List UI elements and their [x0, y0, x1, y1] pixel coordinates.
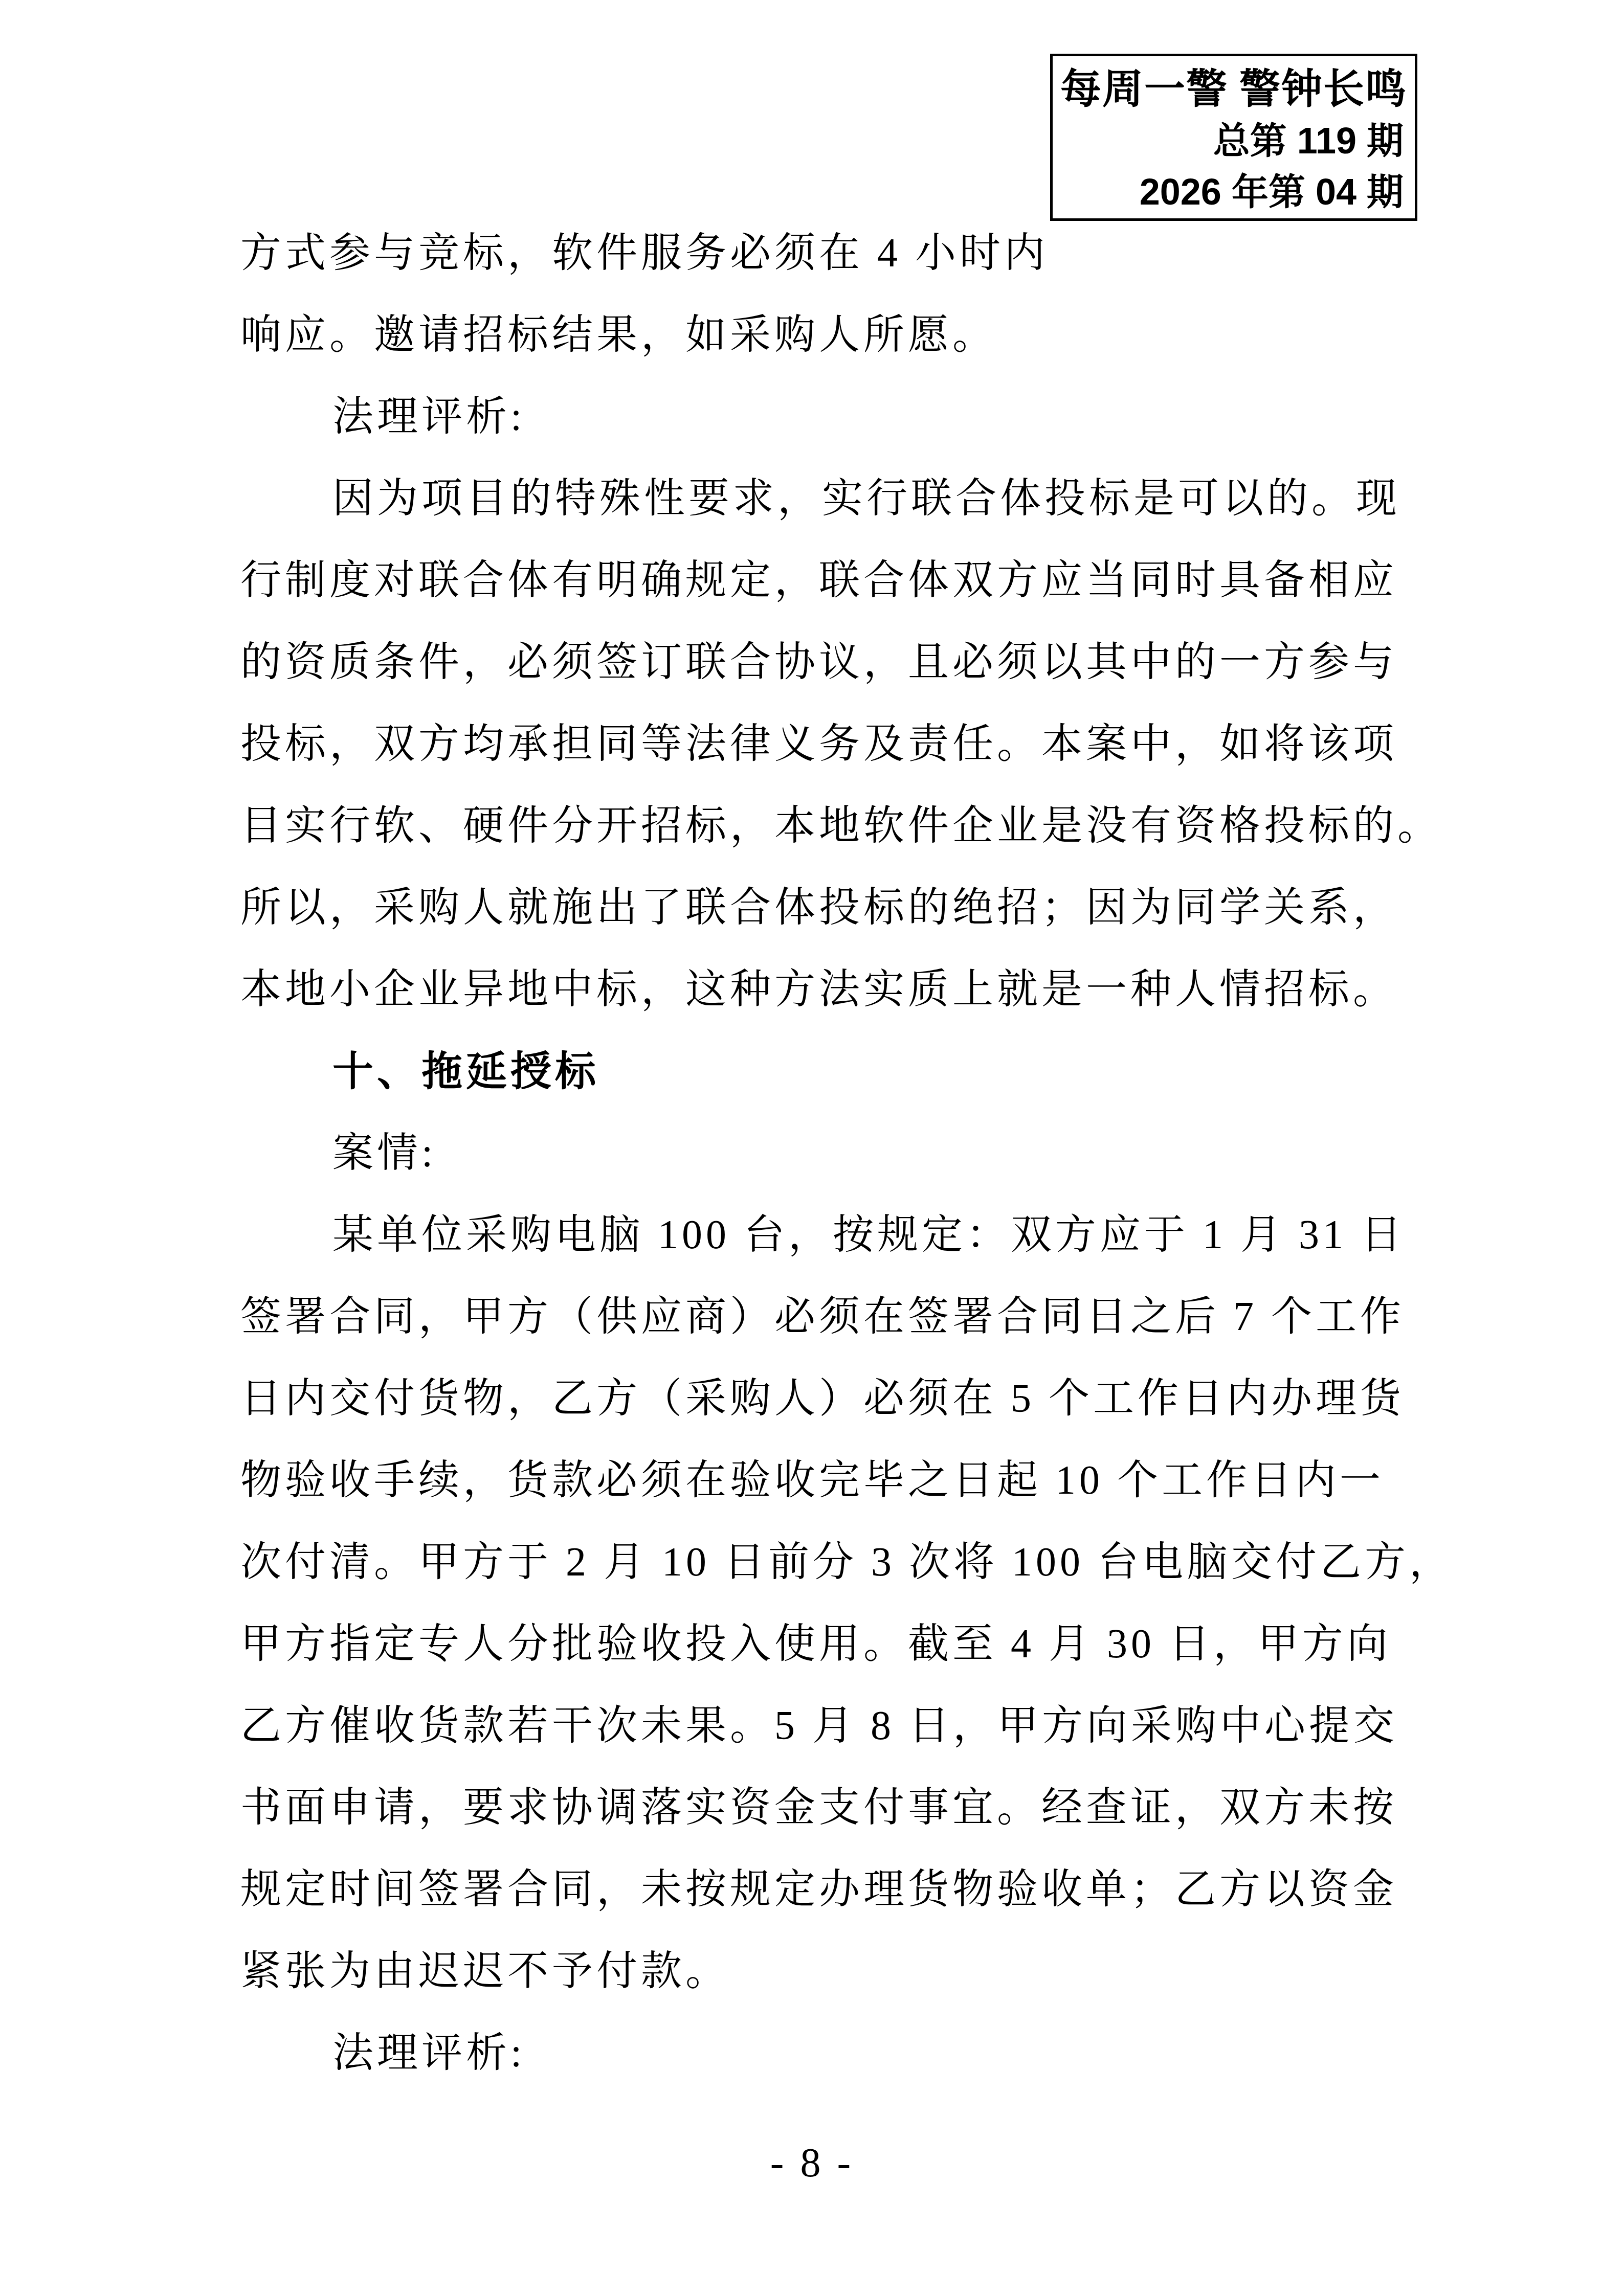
body-line: 书面申请，要求协调落实资金支付事宜。经查证，双方未按	[240, 1767, 1396, 1849]
body-line: 乙方催收货款若干次未果。5 月 8 日，甲方向采购中心提交	[240, 1685, 1396, 1767]
document-page: 每周一警 警钟长鸣 总第 119 期 2026 年第 04 期 方式参与竞标，软…	[0, 0, 1624, 2296]
body-line: 规定时间签署合同，未按规定办理货物验收单；乙方以资金	[240, 1849, 1396, 1930]
body-line: 物验收手续，货款必须在验收完毕之日起 10 个工作日内一	[240, 1439, 1396, 1521]
body-line: 次付清。甲方于 2 月 10 日前分 3 次将 100 台电脑交付乙方，	[240, 1521, 1396, 1603]
page-number: - 8 -	[0, 2135, 1624, 2191]
body-line: 紧张为由迟迟不予付款。	[240, 1930, 1396, 2012]
body-line: 所以，采购人就施出了联合体投标的绝招；因为同学关系，	[240, 867, 1396, 949]
section-heading-line: 十、拖延授标	[240, 1030, 1396, 1112]
issue-year: 2026 年第 04 期	[1053, 167, 1415, 218]
body-line: 日内交付货物，乙方（采购人）必须在 5 个工作日内办理货	[240, 1358, 1396, 1439]
body-line: 因为项目的特殊性要求，实行联合体投标是可以的。现	[240, 458, 1396, 539]
body-line: 行制度对联合体有明确规定，联合体双方应当同时具备相应	[240, 539, 1396, 621]
body-line: 法理评析:	[240, 2012, 1396, 2094]
body-line: 投标，双方均承担同等法律义务及责任。本案中，如将该项	[240, 703, 1396, 785]
issue-number: 总第 119 期	[1053, 116, 1415, 167]
issue-header-box: 每周一警 警钟长鸣 总第 119 期 2026 年第 04 期	[1050, 54, 1417, 221]
body-line: 甲方指定专人分批验收投入使用。截至 4 月 30 日，甲方向	[240, 1603, 1396, 1685]
body-line: 案情:	[240, 1112, 1396, 1194]
body-line: 响应。邀请招标结果，如采购人所愿。	[240, 294, 1396, 376]
body-line: 某单位采购电脑 100 台，按规定：双方应于 1 月 31 日	[240, 1194, 1396, 1276]
body-line: 目实行软、硬件分开招标，本地软件企业是没有资格投标的。	[240, 785, 1396, 867]
body-line: 本地小企业异地中标，这种方法实质上就是一种人情招标。	[240, 949, 1396, 1030]
body-line: 法理评析:	[240, 376, 1396, 458]
newsletter-title: 每周一警 警钟长鸣	[1053, 63, 1415, 116]
document-body: 方式参与竞标，软件服务必须在 4 小时内 响应。邀请招标结果，如采购人所愿。 法…	[240, 212, 1396, 2094]
body-line: 方式参与竞标，软件服务必须在 4 小时内	[240, 212, 1396, 294]
body-line: 签署合同，甲方（供应商）必须在签署合同日之后 7 个工作	[240, 1276, 1396, 1358]
body-line: 的资质条件，必须签订联合协议，且必须以其中的一方参与	[240, 621, 1396, 703]
